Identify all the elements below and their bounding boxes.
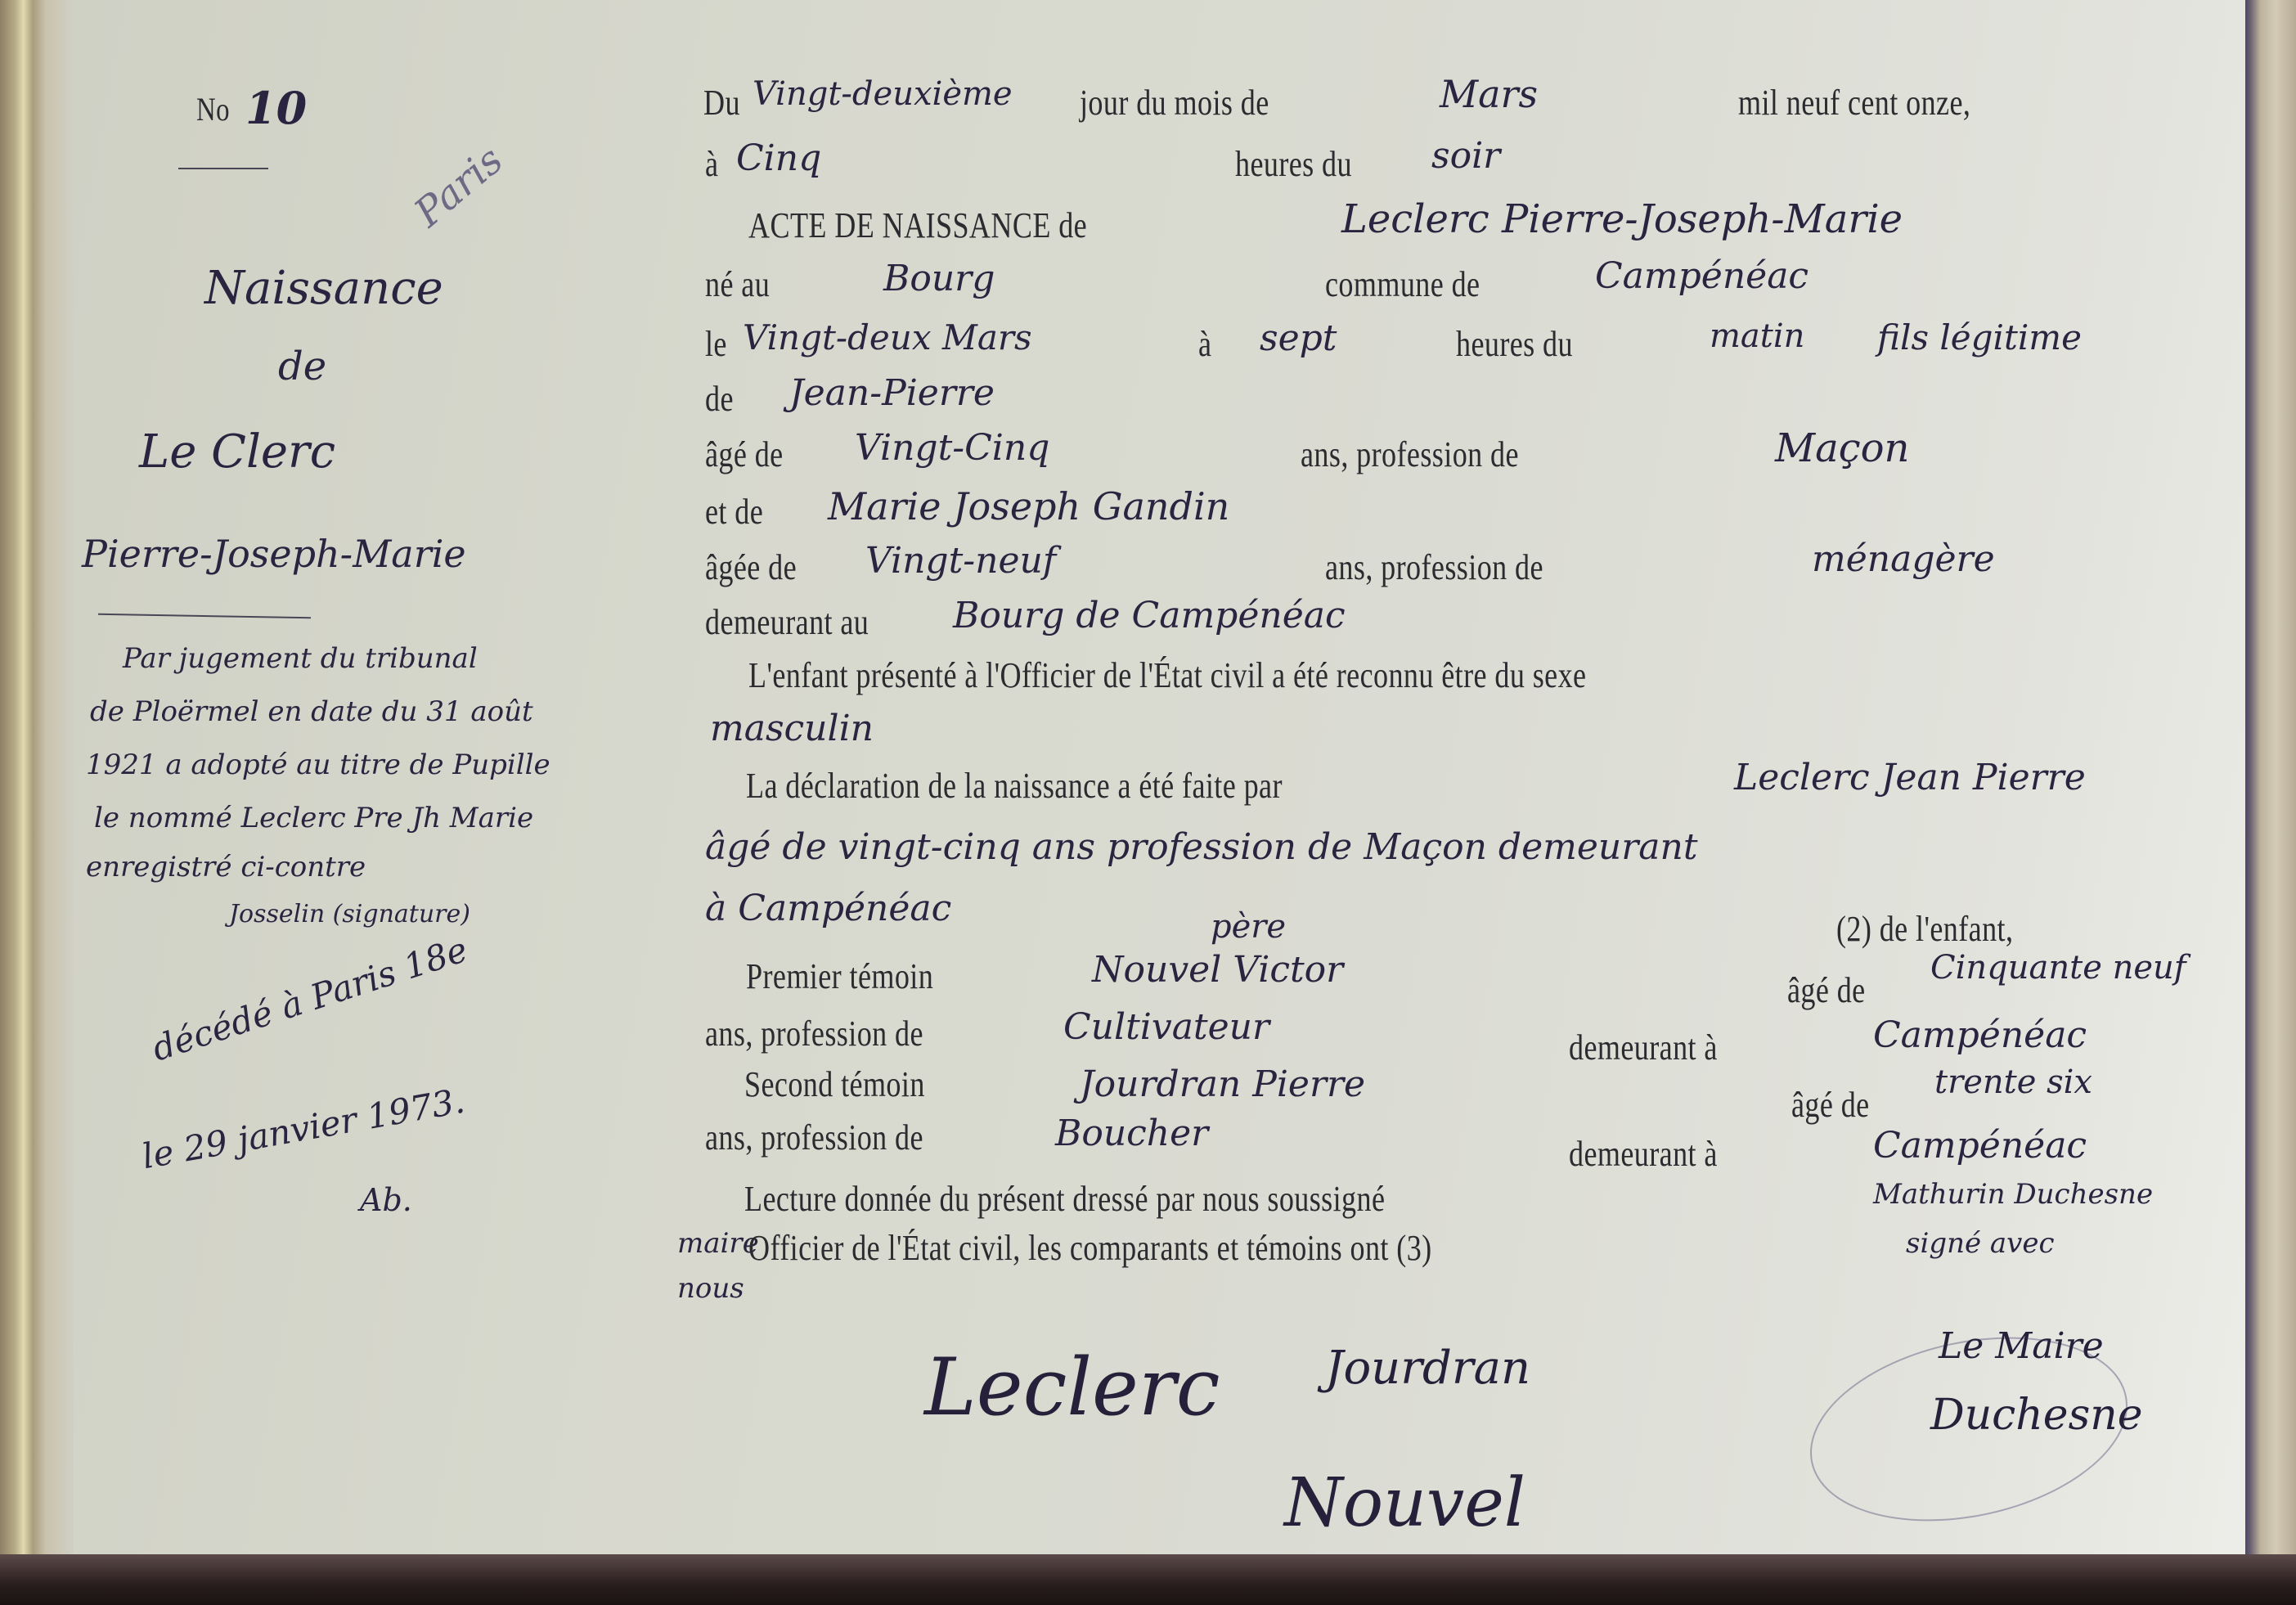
hand-witness2-profession: Boucher xyxy=(1055,1113,1208,1154)
printed-text: et de xyxy=(705,491,763,533)
printed-text: âgé de xyxy=(705,434,784,475)
hand-birth-hour: sept xyxy=(1260,317,1337,359)
adoption-note-signature: Josselin (signature) xyxy=(229,900,470,928)
hand-mother-age: Vingt-neuf xyxy=(865,540,1056,582)
hand-sex: masculin xyxy=(710,708,874,749)
hand-parents-residence: Bourg de Campénéac xyxy=(953,595,1346,636)
printed-text: (2) de l'enfant, xyxy=(1836,908,2013,950)
printed-text: jour du mois de xyxy=(1080,82,1269,124)
hand-child-name: Leclerc Pierre-Joseph-Marie xyxy=(1341,196,1903,242)
printed-text: né au xyxy=(705,263,770,305)
hand-month: Mars xyxy=(1440,72,1538,116)
hand-witness1-name: Nouvel Victor xyxy=(1092,949,1343,991)
death-note-line: décédé à Paris 18e xyxy=(147,929,472,1069)
adoption-note-line: enregistré ci-contre xyxy=(86,851,366,883)
hand-officer-name: Mathurin Duchesne xyxy=(1873,1178,2153,1211)
hand-hour: Cinq xyxy=(736,137,821,179)
printed-text: La déclaration de la naissance a été fai… xyxy=(746,765,1283,807)
printed-text: de xyxy=(705,378,734,420)
entry-number: 10 xyxy=(245,82,307,134)
printed-text: ans, profession de xyxy=(705,1013,923,1054)
printed-text: demeurant à xyxy=(1569,1133,1718,1175)
number-underline xyxy=(178,168,268,169)
margin-surname: Le Clerc xyxy=(139,425,335,479)
pencil-annotation: Paris xyxy=(406,137,511,236)
hand-birth-period: matin xyxy=(1710,317,1804,355)
signature-witness2: Jourdran xyxy=(1325,1342,1530,1395)
act-heading: ACTE DE NAISSANCE de xyxy=(748,205,1087,246)
hand-period: soir xyxy=(1431,135,1500,177)
hand-father-name: Jean-Pierre xyxy=(789,372,995,414)
hand-officer-title: maire xyxy=(677,1227,759,1260)
printed-text: Lecture donnée du présent dressé par nou… xyxy=(744,1178,1385,1220)
margin-rule xyxy=(98,614,311,619)
page-shadow xyxy=(0,1554,2296,1605)
printed-text: âgé de xyxy=(1787,969,1866,1011)
printed-text: demeurant à xyxy=(1569,1027,1718,1068)
hand-witness2-residence: Campénéac xyxy=(1873,1125,2087,1167)
signature-mayor-title: Le Maire xyxy=(1939,1325,2104,1367)
printed-text: Premier témoin xyxy=(746,955,933,997)
signature-father: Leclerc xyxy=(924,1342,1220,1433)
signature-witness1: Nouvel xyxy=(1284,1464,1525,1542)
hand-mother-name: Marie Joseph Gandin xyxy=(828,484,1229,528)
hand-filiation: fils légitime xyxy=(1877,317,2082,357)
hand-mother-profession: ménagère xyxy=(1812,538,1995,580)
register-page: No 10 Paris Naissance de Le Clerc Pierre… xyxy=(0,0,2282,1558)
book-binding-left xyxy=(0,0,74,1558)
hand-father-age: Vingt-Cinq xyxy=(855,427,1049,469)
printed-text: à xyxy=(1198,323,1211,365)
hand-witness1-age: Cinquante neuf xyxy=(1930,949,2186,987)
margin-title-de: de xyxy=(278,344,326,389)
printed-text: le xyxy=(705,323,727,365)
printed-text: âgé de xyxy=(1791,1084,1870,1126)
printed-text: ans, profession de xyxy=(1325,546,1543,588)
death-note-line: le 29 janvier 1973. xyxy=(139,1081,468,1177)
margin-title: Naissance xyxy=(204,262,443,315)
hand-nous: nous xyxy=(677,1272,744,1305)
adoption-note-line: le nommé Leclerc Pre Jh Marie xyxy=(94,802,533,834)
hand-birth-date: Vingt-deux Mars xyxy=(743,317,1032,357)
hand-father-profession: Maçon xyxy=(1775,425,1909,471)
printed-text: à xyxy=(705,143,718,185)
entry-number-label: No xyxy=(196,90,230,128)
signature-mayor: Duchesne xyxy=(1930,1391,2143,1440)
hand-witness2-name: Jourdran Pierre xyxy=(1080,1063,1365,1105)
printed-text: âgée de xyxy=(705,546,797,588)
hand-declarant-residence: à Campénéac xyxy=(705,888,951,929)
printed-text: mil neuf cent onze, xyxy=(1738,82,1970,124)
hand-witness1-residence: Campénéac xyxy=(1873,1014,2087,1056)
printed-text: demeurant au xyxy=(705,601,869,643)
adoption-note-line: 1921 a adopté au titre de Pupille xyxy=(86,749,550,781)
hand-birthplace: Bourg xyxy=(883,258,995,299)
printed-text: Second témoin xyxy=(744,1063,925,1105)
hand-declarant-details: âgé de vingt-cinq ans profession de Maço… xyxy=(705,826,1698,868)
printed-text: heures du xyxy=(1456,323,1573,365)
printed-text: ans, profession de xyxy=(1301,434,1519,475)
printed-text: L'enfant présenté à l'Officier de l'État… xyxy=(748,654,1586,696)
margin-given-names: Pierre-Joseph-Marie xyxy=(82,532,466,576)
hand-declarant: Leclerc Jean Pierre xyxy=(1734,757,2086,798)
printed-text: Du xyxy=(703,82,740,124)
death-note-initials: Ab. xyxy=(360,1182,412,1218)
book-binding-right xyxy=(2245,0,2296,1605)
hand-witness2-age: trente six xyxy=(1934,1063,2092,1101)
adoption-note-line: de Ploërmel en date du 31 août xyxy=(90,695,533,728)
hand-commune: Campénéac xyxy=(1595,255,1808,297)
hand-witness1-profession: Cultivateur xyxy=(1063,1006,1269,1048)
printed-text: Officier de l'État civil, les comparants… xyxy=(748,1227,1432,1269)
adoption-note-line: Par jugement du tribunal xyxy=(123,642,478,675)
hand-day: Vingt-deuxième xyxy=(753,75,1013,113)
printed-text: ans, profession de xyxy=(705,1117,923,1158)
printed-text: commune de xyxy=(1325,263,1480,305)
hand-declarant-relation: père xyxy=(1211,908,1286,946)
hand-signed-with: signé avec xyxy=(1906,1227,2055,1260)
printed-text: heures du xyxy=(1235,143,1352,185)
